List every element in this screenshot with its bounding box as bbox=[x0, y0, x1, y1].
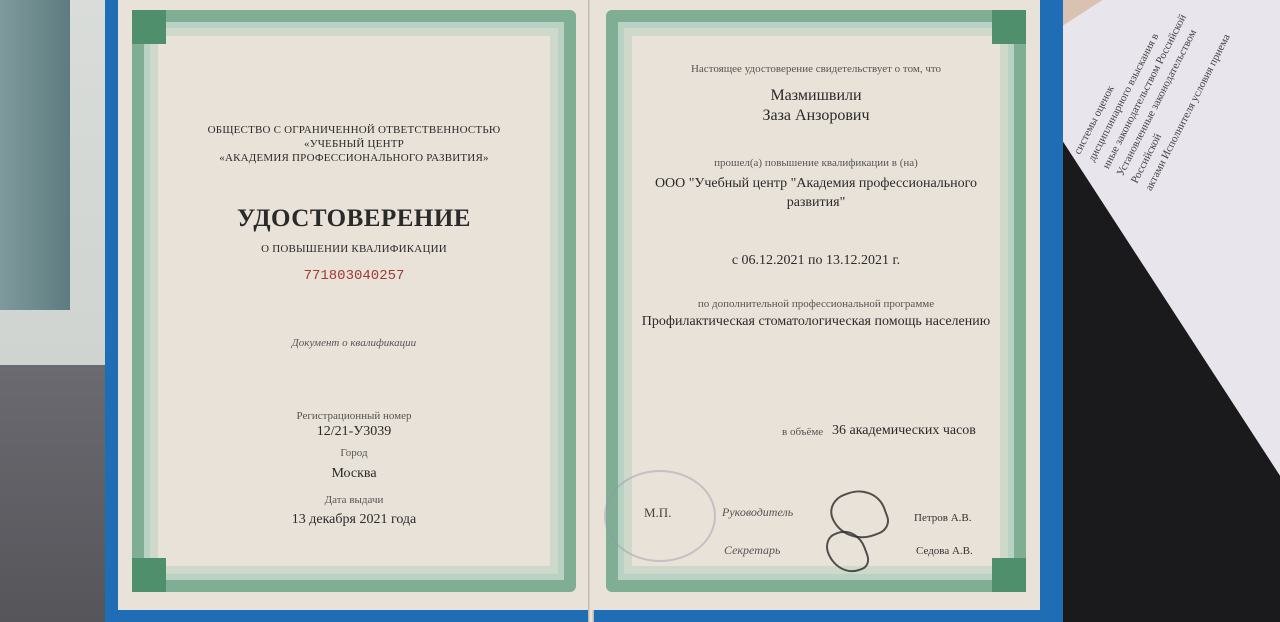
city: Москва bbox=[118, 466, 590, 482]
document-type: Документ о квалификации bbox=[118, 337, 590, 349]
background-left bbox=[0, 0, 120, 622]
background-panel bbox=[0, 0, 70, 310]
organization-line: ОБЩЕСТВО С ОГРАНИЧЕННОЙ ОТВЕТСТВЕННОСТЬЮ bbox=[118, 124, 590, 136]
document-subtitle: О ПОВЫШЕНИИ КВАЛИФИКАЦИИ bbox=[118, 243, 590, 255]
program-name: Профилактическая стоматологическая помощ… bbox=[592, 314, 1040, 330]
certificate-left-page: ОБЩЕСТВО С ОГРАНИЧЕННОЙ ОТВЕТСТВЕННОСТЬЮ… bbox=[118, 0, 590, 610]
organization-line: «УЧЕБНЫЙ ЦЕНТР bbox=[118, 138, 590, 150]
city-label: Город bbox=[118, 447, 590, 459]
intro-text: Настоящее удостоверение свидетельствует … bbox=[592, 63, 1040, 75]
background-surface bbox=[0, 365, 110, 622]
institution-line: развития" bbox=[592, 195, 1040, 211]
volume-label: в объёме bbox=[782, 426, 823, 438]
serial-number: 771803040257 bbox=[118, 268, 590, 284]
reg-number-label: Регистрационный номер bbox=[118, 410, 590, 422]
training-period: с 06.12.2021 по 13.12.2021 г. bbox=[592, 253, 1040, 269]
document-title: УДОСТОВЕРЕНИЕ bbox=[118, 205, 590, 233]
volume-value: 36 академических часов bbox=[832, 423, 976, 439]
holder-given-names: Заза Анзорович bbox=[592, 106, 1040, 126]
issue-date: 13 декабря 2021 года bbox=[118, 512, 590, 528]
seal-label: М.П. bbox=[644, 505, 671, 521]
reg-number: 12/21-У3039 bbox=[118, 424, 590, 440]
holder-surname: Мазмишвили bbox=[592, 86, 1040, 106]
passed-text: прошел(а) повышение квалификации в (на) bbox=[592, 157, 1040, 169]
program-label: по дополнительной профессиональной прогр… bbox=[592, 298, 1040, 310]
secretary-name: Седова А.В. bbox=[916, 545, 973, 557]
director-name: Петров А.В. bbox=[914, 512, 972, 524]
certificate-right-page: Настоящее удостоверение свидетельствует … bbox=[592, 0, 1040, 610]
issue-date-label: Дата выдачи bbox=[118, 494, 590, 506]
background-right: системы оценок дисциплинарного взыскания… bbox=[1040, 0, 1280, 622]
institution-line: ООО "Учебный центр "Академия профессиона… bbox=[592, 176, 1040, 192]
director-label: Руководитель bbox=[722, 505, 793, 520]
organization-line: «АКАДЕМИЯ ПРОФЕССИОНАЛЬНОГО РАЗВИТИЯ» bbox=[118, 152, 590, 164]
secretary-label: Секретарь bbox=[724, 543, 780, 558]
